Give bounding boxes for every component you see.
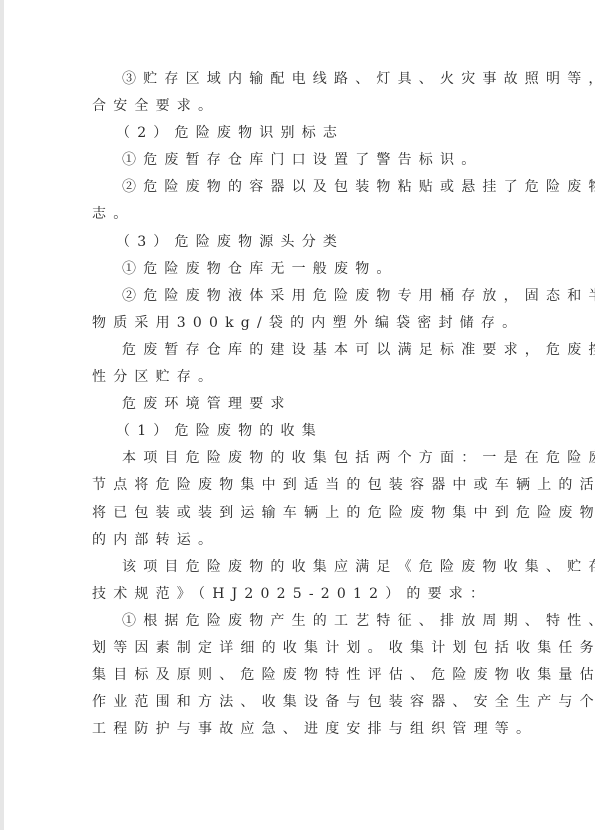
- text-line: 将已包装或装到运输车辆上的危险废物集中到危险废物暂存仓库: [92, 500, 510, 527]
- text-line: 的内部转运。: [92, 527, 510, 554]
- text-line: ③贮存区域内输配电线路、灯具、火灾事故照明等，都应符: [92, 66, 510, 93]
- text-line: 合安全要求。: [92, 93, 510, 120]
- text-line: 本项目危险废物的收集包括两个方面：一是在危险废物产生: [92, 445, 510, 472]
- text-line: ②危险废物液体采用危险废物专用桶存放，固态和半固态类: [92, 283, 510, 310]
- text-line: 划等因素制定详细的收集计划。收集计划包括收集任务概述、收: [92, 635, 510, 662]
- section-heading: 危废环境管理要求: [92, 391, 510, 418]
- text-line: 性分区贮存。: [92, 364, 510, 391]
- text-line: ②危险废物的容器以及包装物粘贴或悬挂了危险废物警告标: [92, 174, 510, 201]
- section-heading: （1）危险废物的收集: [92, 418, 510, 445]
- page-edge: [0, 0, 4, 830]
- text-line: ①危险废物仓库无一般废物。: [92, 256, 510, 283]
- document-page: ③贮存区域内输配电线路、灯具、火灾事故照明等，都应符 合安全要求。 （2）危险废…: [92, 66, 510, 743]
- text-line: 工程防护与事故应急、进度安排与组织管理等。: [92, 716, 510, 743]
- text-line: ①危废暂存仓库门口设置了警告标识。: [92, 147, 510, 174]
- text-line: ①根据危险废物产生的工艺特征、排放周期、特性、管理计: [92, 608, 510, 635]
- section-heading: （2）危险废物识别标志: [92, 120, 510, 147]
- text-line: 该项目危险废物的收集应满足《危险废物收集、贮存、运输: [92, 554, 510, 581]
- text-line: 节点将危险废物集中到适当的包装容器中或车辆上的活动；二是: [92, 472, 510, 499]
- text-line: 志。: [92, 201, 510, 228]
- text-line: 危废暂存仓库的建设基本可以满足标准要求，危废按不同特: [92, 337, 510, 364]
- text-line: 物质采用300kg/袋的内塑外编袋密封储存。: [92, 310, 510, 337]
- text-line: 技术规范》（HJ2025-2012）的要求：: [92, 581, 510, 608]
- section-heading: （3）危险废物源头分类: [92, 229, 510, 256]
- text-line: 作业范围和方法、收集设备与包装容器、安全生产与个人防护、: [92, 689, 510, 716]
- text-line: 集目标及原则、危险废物特性评估、危险废物收集量估算、收集: [92, 662, 510, 689]
